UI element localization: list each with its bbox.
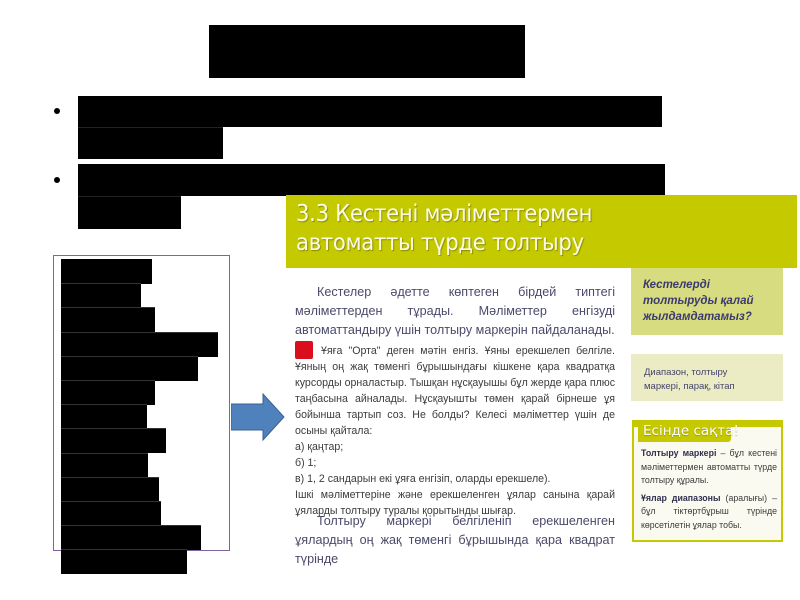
redacted-bullet-1-line-2 — [78, 127, 223, 159]
redacted-list-item — [61, 380, 155, 405]
keywords: Диапазон, толтыру маркері, парақ, кітап — [644, 366, 764, 394]
redacted-bullet-1-line-1 — [78, 96, 662, 127]
keywords-box: Диапазон, толтыру маркері, парақ, кітап — [631, 354, 783, 401]
redacted-list-item — [61, 356, 198, 381]
bullet-dot-icon — [54, 177, 60, 183]
task-item-b: б) 1; — [295, 455, 615, 471]
redacted-list-item — [61, 501, 161, 526]
redacted-list-item — [61, 477, 159, 502]
redacted-list-item — [61, 259, 152, 284]
section-title-line-2: автоматты түрде толтыру — [296, 230, 584, 256]
task-item-a: а) қаңтар; — [295, 439, 615, 455]
definition-cell-range: Ұялар диапазоны (аралығы) – бұл тіктөртб… — [641, 492, 777, 533]
task-block: Ұяға "Орта" деген мәтін енгіз. Ұяны ерек… — [295, 343, 615, 519]
section-header: 3.3 Кестені мәліметтермен автоматты түрд… — [286, 195, 797, 268]
redacted-list-item — [61, 307, 155, 332]
term-fill-marker: Толтыру маркері — [641, 448, 716, 458]
definition-fill-marker: Толтыру маркері – бұл кестені мәліметтер… — [641, 447, 777, 488]
task-paragraph: Ұяға "Орта" деген мәтін енгіз. Ұяны ерек… — [295, 345, 615, 437]
task-item-c: в) 1, 2 сандарын екі ұяға енгізіп, олард… — [295, 471, 615, 487]
redacted-bullet-2-line-1 — [78, 164, 665, 196]
outro-paragraph: Толтыру маркері белгіленіп ерекшеленген … — [295, 512, 615, 569]
right-arrow-icon — [231, 393, 286, 441]
guiding-question-box: Кестелерді толтыруды қалай жылдамдатамыз… — [631, 268, 783, 335]
remember-content: Толтыру маркері – бұл кестені мәліметтер… — [641, 447, 777, 536]
redacted-list-item — [61, 428, 166, 453]
redacted-list-item — [61, 549, 187, 574]
remember-title: Есінде сақта! — [643, 422, 739, 440]
intro-paragraph: Кестелер әдетте көптеген бірдей типтегі … — [295, 283, 615, 340]
term-cell-range: Ұялар диапазоны — [641, 493, 720, 503]
redacted-list-item — [61, 404, 147, 429]
redacted-bullet-2-line-2 — [78, 196, 181, 229]
remember-title-tab: Есінде сақта! — [638, 420, 731, 442]
redacted-title — [209, 25, 525, 78]
section-title-line-1: 3.3 Кестені мәліметтермен — [296, 201, 592, 227]
redacted-list-item — [61, 525, 201, 550]
bullet-dot-icon — [54, 108, 60, 114]
guiding-question: Кестелерді толтыруды қалай жылдамдатамыз… — [643, 277, 763, 325]
redacted-list-item — [61, 283, 141, 308]
redacted-list-item — [61, 332, 218, 357]
redacted-list-item — [61, 453, 148, 478]
